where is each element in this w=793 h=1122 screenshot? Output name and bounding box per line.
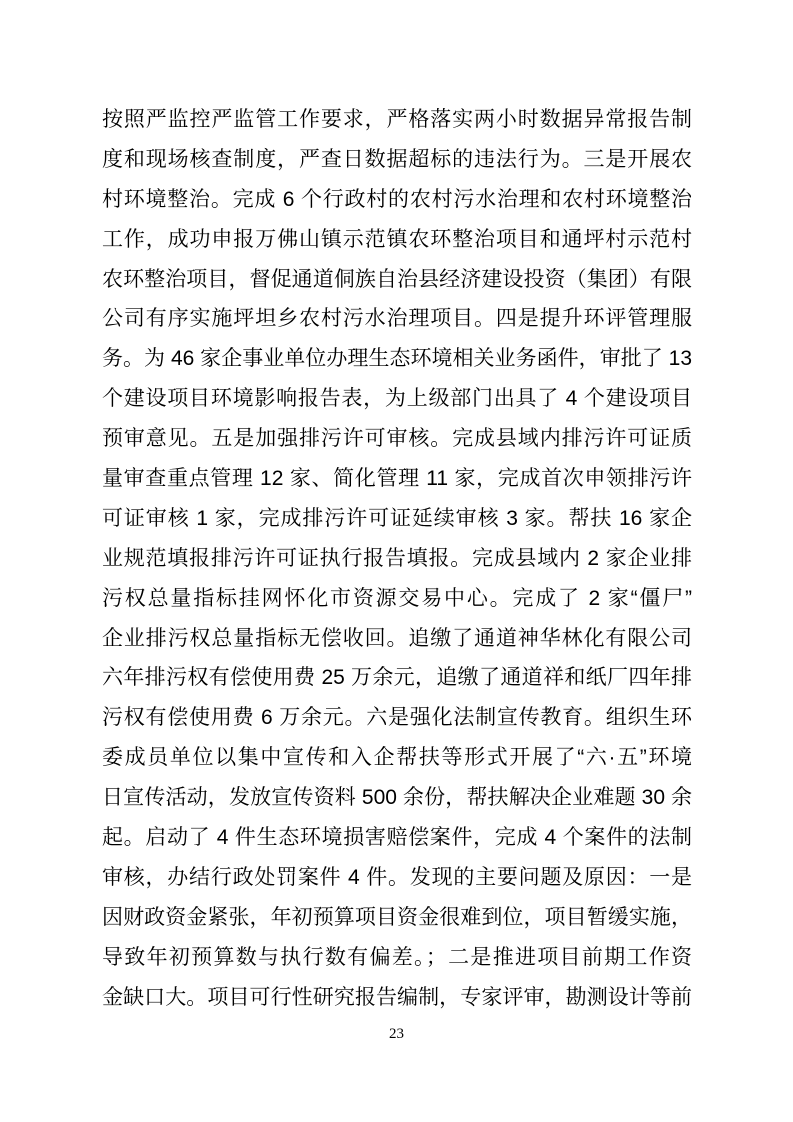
body-text-line: 农环整治项目，督促通道侗族自治县经济建设投资（集团）有限 [102,260,692,300]
body-text-line: 企业排污权总量指标无偿收回。追缴了通道神华林化有限公司 [102,619,692,659]
body-text-line: 六年排污权有偿使用费 25 万余元，追缴了通道祥和纸厂四年排 [102,658,692,698]
body-text-line: 污权总量指标挂网怀化市资源交易中心。完成了 2 家“僵尸” [102,579,692,619]
body-text-line: 公司有序实施坪坦乡农村污水治理项目。四是提升环评管理服 [102,299,692,339]
body-text-line: 按照严监控严监管工作要求，严格落实两小时数据异常报告制 [102,100,692,140]
body-text-line: 预审意见。五是加强排污许可审核。完成县域内排污许可证质 [102,419,692,459]
body-text-line: 可证审核 1 家，完成排污许可证延续审核 3 家。帮扶 16 家企 [102,499,692,539]
body-text-line: 度和现场核查制度，严查日数据超标的违法行为。三是开展农 [102,140,692,180]
body-text-line: 个建设项目环境影响报告表，为上级部门出具了 4 个建设项目 [102,379,692,419]
body-text-line: 导致年初预算数与执行数有偏差。；二是推进项目前期工作资 [102,938,692,978]
body-text-line: 起。启动了 4 件生态环境损害赔偿案件，完成 4 个案件的法制 [102,818,692,858]
body-text-line: 委成员单位以集中宣传和入企帮扶等形式开展了“六·五”环境 [102,738,692,778]
document-page: 按照严监控严监管工作要求，严格落实两小时数据异常报告制 度和现场核查制度，严查日… [0,0,793,1122]
body-text-line: 量审查重点管理 12 家、简化管理 11 家，完成首次申领排污许 [102,459,692,499]
body-text-line: 务。为 46 家企事业单位办理生态环境相关业务函件，审批了 13 [102,339,692,379]
body-text-line: 金缺口大。项目可行性研究报告编制，专家评审，勘测设计等前 [102,978,692,1018]
body-text-line: 业规范填报排污许可证执行报告填报。完成县域内 2 家企业排 [102,539,692,579]
body-text-line: 因财政资金紧张，年初预算项目资金很难到位，项目暂缓实施， [102,898,692,938]
body-text-line: 审核，办结行政处罚案件 4 件。发现的主要问题及原因：一是 [102,858,692,898]
body-text-line: 日宣传活动，发放宣传资料 500 余份，帮扶解决企业难题 30 余 [102,778,692,818]
body-text: 按照严监控严监管工作要求，严格落实两小时数据异常报告制 度和现场核查制度，严查日… [102,100,692,1017]
body-text-line: 村环境整治。完成 6 个行政村的农村污水治理和农村环境整治 [102,180,692,220]
body-text-line: 污权有偿使用费 6 万余元。六是强化法制宣传教育。组织生环 [102,698,692,738]
page-number: 23 [0,1026,793,1043]
body-text-line: 工作，成功申报万佛山镇示范镇农环整治项目和通坪村示范村 [102,220,692,260]
